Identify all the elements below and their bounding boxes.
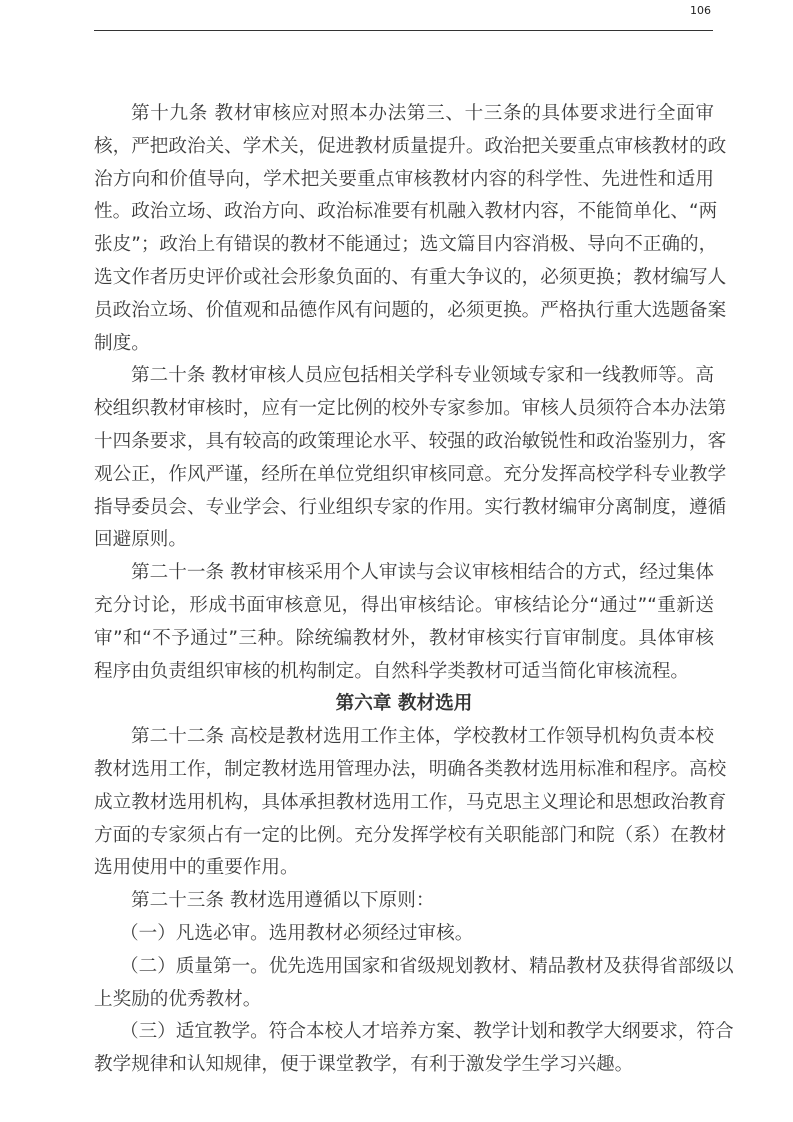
text-line: 十四条要求，具有较高的政策理论水平、较强的政治敏锐性和政治鉴别力，客 [94, 426, 714, 459]
text-line: 第二十条 教材审核人员应包括相关学科专业领域专家和一线教师等。高 [94, 360, 714, 393]
text-line: 张皮”；政治上有错误的教材不能通过；选文篇目内容消极、导向不正确的， [94, 229, 714, 262]
page-number: 106 [690, 4, 711, 17]
text-line: 治方向和价值导向，学术把关要重点审核教材内容的科学性、先进性和适用 [94, 164, 714, 197]
text-line: 第二十二条 高校是教材选用工作主体，学校教材工作领导机构负责本校 [94, 721, 714, 754]
header-rule [94, 30, 713, 31]
text-line: 制度。 [94, 328, 714, 361]
text-line: 员政治立场、价值观和品德作风有问题的，必须更换。严格执行重大选题备案 [94, 295, 714, 328]
text-line: 性。政治立场、政治方向、政治标准要有机融入教材内容，不能简单化、“两 [94, 196, 714, 229]
text-line: 教学规律和认知规律，便于课堂教学，有利于激发学生学习兴趣。 [94, 1049, 714, 1082]
text-line: 指导委员会、专业学会、行业组织专家的作用。实行教材编审分离制度，遵循 [94, 492, 714, 525]
text-line: 选文作者历史评价或社会形象负面的、有重大争议的，必须更换；教材编写人 [94, 262, 714, 295]
text-line: 第十九条 教材审核应对照本办法第三、十三条的具体要求进行全面审 [94, 98, 714, 131]
text-line: 教材选用工作，制定教材选用管理办法，明确各类教材选用标准和程序。高校 [94, 754, 714, 787]
text-line: 回避原则。 [94, 524, 714, 557]
text-line: 审”和“不予通过”三种。除统编教材外，教材审核实行盲审制度。具体审核 [94, 623, 714, 656]
text-line: 核，严把政治关、学术关，促进教材质量提升。政治把关要重点审核教材的政 [94, 131, 714, 164]
text-line: 第二十三条 教材选用遵循以下原则： [94, 885, 714, 918]
text-line: （二）质量第一。优先选用国家和省级规划教材、精品教材及获得省部级以 [94, 951, 714, 984]
text-line: 成立教材选用机构，具体承担教材选用工作，马克思主义理论和思想政治教育 [94, 787, 714, 820]
text-line: 观公正，作风严谨，经所在单位党组织审核同意。充分发挥高校学科专业教学 [94, 459, 714, 492]
document-body: 第十九条 教材审核应对照本办法第三、十三条的具体要求进行全面审核，严把政治关、学… [94, 98, 714, 1082]
text-line: 方面的专家须占有一定的比例。充分发挥学校有关职能部门和院（系）在教材 [94, 820, 714, 853]
text-line: 选用使用中的重要作用。 [94, 852, 714, 885]
text-line: （三）适宜教学。符合本校人才培养方案、教学计划和教学大纲要求，符合 [94, 1016, 714, 1049]
chapter-heading: 第六章 教材选用 [94, 688, 714, 721]
text-line: 充分讨论，形成书面审核意见，得出审核结论。审核结论分“通过”“重新送 [94, 590, 714, 623]
text-line: 上奖励的优秀教材。 [94, 984, 714, 1017]
text-line: 程序由负责组织审核的机构制定。自然科学类教材可适当简化审核流程。 [94, 656, 714, 689]
text-line: 第二十一条 教材审核采用个人审读与会议审核相结合的方式，经过集体 [94, 557, 714, 590]
text-line: 校组织教材审核时，应有一定比例的校外专家参加。审核人员须符合本办法第 [94, 393, 714, 426]
text-line: （一）凡选必审。选用教材必须经过审核。 [94, 918, 714, 951]
